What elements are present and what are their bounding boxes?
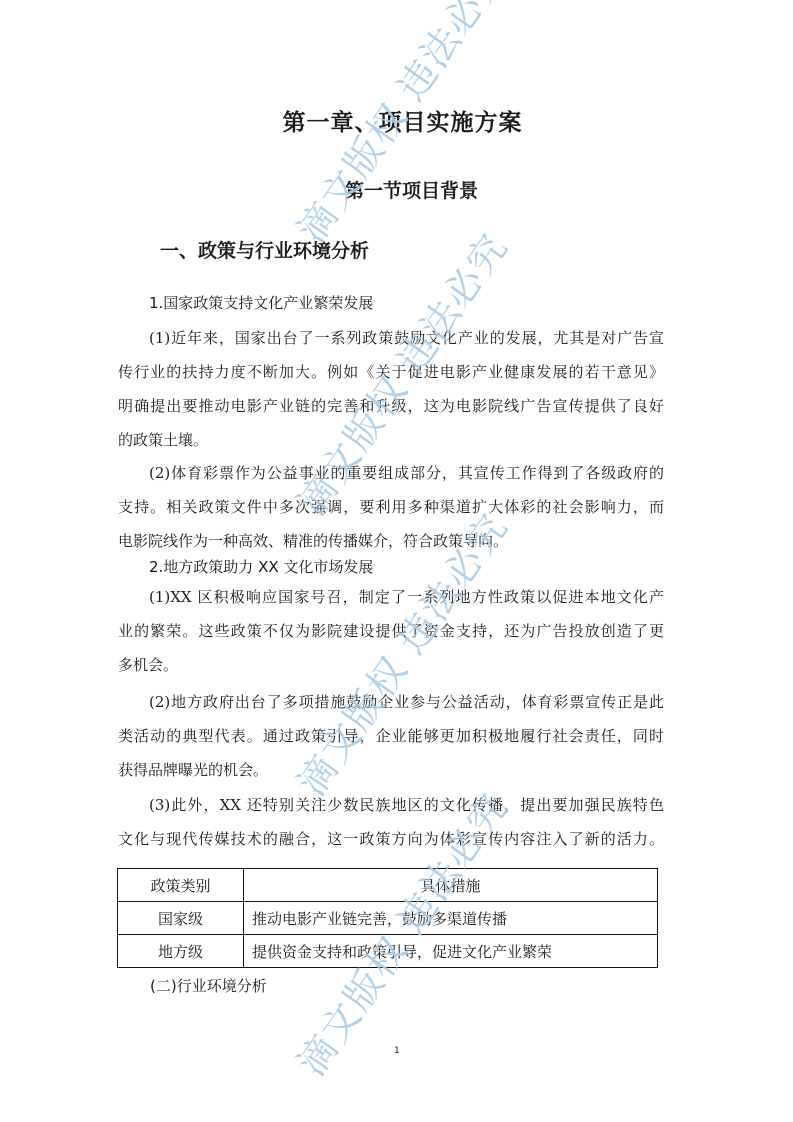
- table-cell: 提供资金支持和政策引导，促进文化产业繁荣: [244, 935, 658, 968]
- paragraph-line: (2)地方政府出台了多项措施鼓励企业参与公益活动，体育彩票宣传正是此: [118, 685, 664, 719]
- item-heading-local: 2.地方政策助力 XX 文化市场发展: [149, 556, 373, 577]
- section-title: 第一节项目背景: [0, 176, 793, 203]
- table-header-cell: 政策类别: [118, 869, 244, 902]
- item-heading-national: 1.国家政策支持文化产业繁荣发展: [149, 292, 373, 313]
- paragraph-line: 明确提出要推动电影产业链的完善和升级，这为电影院线广告宣传提供了良好: [118, 389, 664, 423]
- paragraph-line: 多机会。: [118, 648, 664, 682]
- paragraph-line: 获得品牌曝光的机会。: [118, 753, 664, 787]
- paragraph-local-3: (3)此外，XX 还特别关注少数民族地区的文化传播，提出要加强民族特色 文化与现…: [118, 788, 664, 856]
- paragraph-line: 传行业的扶持力度不断加大。例如《关于促进电影产业健康发展的若干意见》: [118, 355, 664, 389]
- paragraph-line: (1)近年来，国家出台了一系列政策鼓励文化产业的发展，尤其是对广告宣: [118, 321, 664, 355]
- table-header-row: 政策类别 具体措施: [118, 869, 658, 902]
- paragraph-line: 业的繁荣。这些政策不仅为影院建设提供了资金支持，还为广告投放创造了更: [118, 614, 664, 648]
- table-row: 国家级 推动电影产业链完善，鼓励多渠道传播: [118, 902, 658, 935]
- next-section-heading: (二)行业环境分析: [150, 975, 267, 996]
- paragraph-line: 电影院线作为一种高效、精准的传播媒介，符合政策导向。: [118, 524, 664, 558]
- table-cell: 国家级: [118, 902, 244, 935]
- paragraph-line: 文化与现代传媒技术的融合，这一政策方向为体彩宣传内容注入了新的活力。: [118, 822, 664, 856]
- paragraph-line: (1)XX 区积极响应国家号召，制定了一系列地方性政策以促进本地文化产: [118, 580, 664, 614]
- table-header-cell: 具体措施: [244, 869, 658, 902]
- paragraph-line: (2)体育彩票作为公益事业的重要组成部分，其宣传工作得到了各级政府的: [118, 456, 664, 490]
- subsection-title: 一、政策与行业环境分析: [160, 236, 369, 263]
- paragraph-line: 的政策土壤。: [118, 423, 664, 457]
- paragraph-local-2: (2)地方政府出台了多项措施鼓励企业参与公益活动，体育彩票宣传正是此 类活动的典…: [118, 685, 664, 787]
- page-number: 1: [394, 1046, 400, 1056]
- paragraph-local-1: (1)XX 区积极响应国家号召，制定了一系列地方性政策以促进本地文化产 业的繁荣…: [118, 580, 664, 682]
- paragraph-national-2: (2)体育彩票作为公益事业的重要组成部分，其宣传工作得到了各级政府的 支持。相关…: [118, 456, 664, 558]
- table-cell: 推动电影产业链完善，鼓励多渠道传播: [244, 902, 658, 935]
- paragraph-line: (3)此外，XX 还特别关注少数民族地区的文化传播，提出要加强民族特色: [118, 788, 664, 822]
- chapter-title: 第一章、项目实施方案: [0, 104, 793, 137]
- document-page: 第一章、项目实施方案 第一节项目背景 一、政策与行业环境分析 1.国家政策支持文…: [0, 0, 793, 1122]
- paragraph-national-1: (1)近年来，国家出台了一系列政策鼓励文化产业的发展，尤其是对广告宣 传行业的扶…: [118, 321, 664, 457]
- policy-table: 政策类别 具体措施 国家级 推动电影产业链完善，鼓励多渠道传播 地方级 提供资金…: [117, 868, 658, 968]
- paragraph-line: 支持。相关政策文件中多次强调，要利用多种渠道扩大体彩的社会影响力，而: [118, 490, 664, 524]
- table-cell: 地方级: [118, 935, 244, 968]
- paragraph-line: 类活动的典型代表。通过政策引导，企业能够更加积极地履行社会责任，同时: [118, 719, 664, 753]
- table-row: 地方级 提供资金支持和政策引导，促进文化产业繁荣: [118, 935, 658, 968]
